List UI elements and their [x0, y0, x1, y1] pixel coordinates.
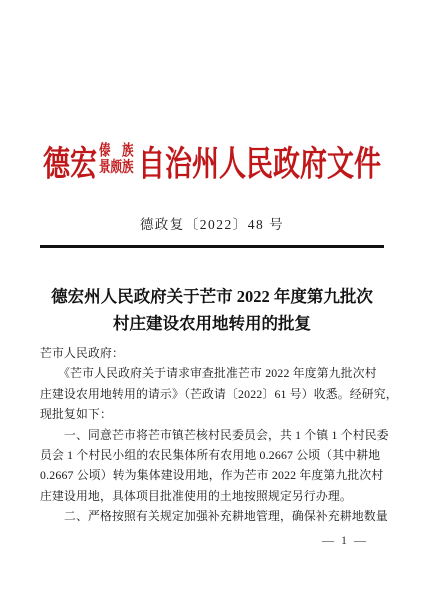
header-separator-rule	[40, 245, 384, 248]
letterhead-ethnic-bottom: 景颇族	[99, 160, 136, 177]
document-title-line2: 村庄建设农用地转用的批复	[40, 310, 384, 337]
letterhead-suffix: 自治州人民政府文件	[138, 135, 381, 185]
document-body: 芒市人民政府： 《芒市人民政府关于请求审查批准芒市 2022 年度第九批次村庄建…	[40, 343, 384, 527]
body-line: 现批复如下：	[40, 404, 384, 424]
body-line: 0.2667 公顷）转为集体建设用地，作为芒市 2022 年度第九批次村	[40, 465, 384, 485]
body-line: 《芒市人民政府关于请求审查批准芒市 2022 年度第九批次村	[40, 363, 384, 383]
body-line: 二、严格按照有关规定加强补充耕地管理，确保补充耕地数量	[40, 506, 384, 526]
letterhead-ethnic-top: 傣 族	[99, 143, 136, 160]
letterhead-prefix: 德宏	[43, 135, 97, 185]
letterhead-ethnic-stack: 傣 族 景颇族	[99, 143, 136, 176]
body-line: 庄建设农用地转用的请示》（芒政请〔2022〕61 号）收悉。经研究，	[40, 384, 384, 404]
document-number: 德政复〔2022〕48 号	[40, 213, 384, 233]
body-line: 芒市人民政府：	[40, 343, 384, 363]
document-title-line1: 德宏州人民政府关于芒市 2022 年度第九批次	[40, 283, 384, 310]
body-line: 一、同意芒市将芒市镇芒核村民委员会，共 1 个镇 1 个村民委	[40, 425, 384, 445]
letterhead: 德宏 傣 族 景颇族 自治州人民政府文件	[40, 127, 384, 194]
body-line: 庄建设用地，具体项目批准使用的土地按照规定另行办理。	[40, 486, 384, 506]
document-title: 德宏州人民政府关于芒市 2022 年度第九批次 村庄建设农用地转用的批复	[40, 283, 384, 337]
body-line: 员会 1 个村民小组的农民集体所有农用地 0.2667 公顷（其中耕地	[40, 445, 384, 465]
document-page: 德宏 傣 族 景颇族 自治州人民政府文件 德政复〔2022〕48 号 德宏州人民…	[0, 0, 424, 600]
page-number: — 1 —	[322, 533, 368, 548]
